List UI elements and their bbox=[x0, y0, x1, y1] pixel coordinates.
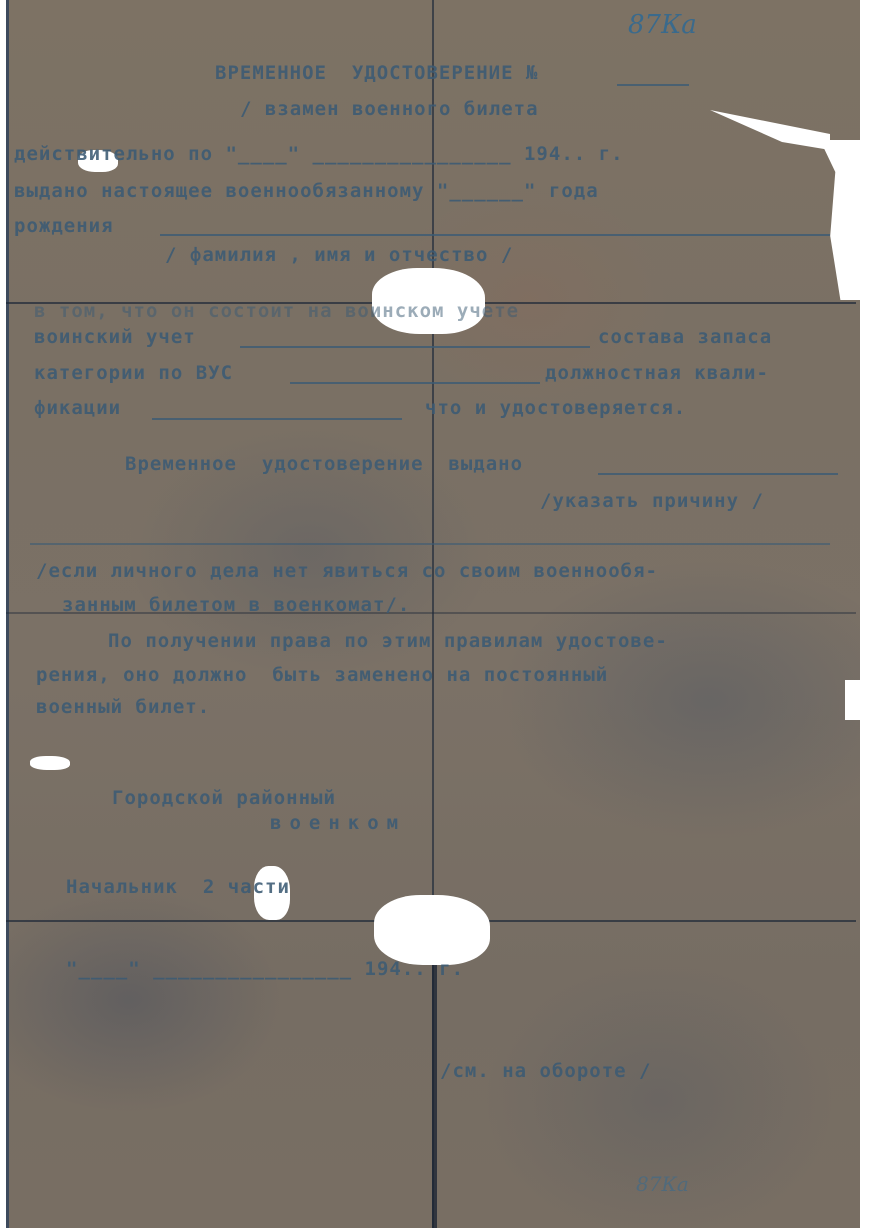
document-subtitle: / взамен военного билета bbox=[240, 98, 539, 120]
line-commissar-title: Городской районный bbox=[112, 787, 336, 809]
hole-left-2 bbox=[30, 756, 70, 770]
vertical-fold-lower bbox=[432, 960, 437, 1228]
right-margin bbox=[860, 0, 871, 1232]
hole-bottom bbox=[374, 895, 490, 965]
qualification-blank bbox=[152, 418, 402, 420]
line-note-5: военный билет. bbox=[36, 696, 210, 718]
line-see-reverse: /см. на обороте / bbox=[440, 1060, 651, 1082]
document-title: ВРЕМЕННОЕ УДОСТОВЕРЕНИЕ № bbox=[215, 62, 538, 84]
line-note-1: /если личного дела нет явиться со своим … bbox=[36, 560, 658, 582]
line-issued-to: выдано настоящее военнообязанному "_____… bbox=[14, 180, 599, 202]
archive-number-bottom: 87Ка bbox=[636, 1172, 689, 1196]
record-blank bbox=[240, 346, 590, 348]
category-blank bbox=[290, 382, 540, 384]
line-qualification: должностная квали- bbox=[545, 362, 769, 384]
line-commissar: военком bbox=[270, 812, 406, 834]
number-blank bbox=[617, 84, 689, 86]
line-note-2: занным билетом в военкомат/. bbox=[62, 594, 410, 616]
line-certified: что и удостоверяется. bbox=[425, 397, 686, 419]
line-issued-reason: Временное удостоверение выдано bbox=[125, 453, 523, 475]
line-chief: Начальник 2 части bbox=[66, 876, 290, 898]
reason-blank bbox=[598, 473, 838, 475]
line-note-3: По получении права по этим правилам удос… bbox=[108, 630, 668, 652]
line-registered: в том, что он состоит на воинском учете bbox=[34, 300, 519, 322]
line-note-4: рения, оно должно быть заменено на посто… bbox=[36, 664, 608, 686]
line-name-hint: / фамилия , имя и отчество / bbox=[165, 244, 513, 266]
reason-blank-2 bbox=[30, 543, 830, 545]
line-date: "____" ________________ 194.. г. bbox=[66, 958, 464, 980]
line-military-record: воинский учет bbox=[34, 326, 196, 348]
archive-number-top: 87Ка bbox=[628, 10, 697, 40]
line-birth: рождения bbox=[14, 215, 114, 237]
bottom-margin bbox=[0, 1228, 871, 1232]
birth-blank bbox=[160, 234, 830, 236]
line-reason-hint: /указать причину / bbox=[540, 490, 764, 512]
line-qualification-cont: фикации bbox=[34, 397, 121, 419]
line-reserve: состава запаса bbox=[598, 326, 772, 348]
line-category: категории по ВУС bbox=[34, 362, 233, 384]
line-valid-until: действительно по "____" ________________… bbox=[14, 143, 624, 165]
